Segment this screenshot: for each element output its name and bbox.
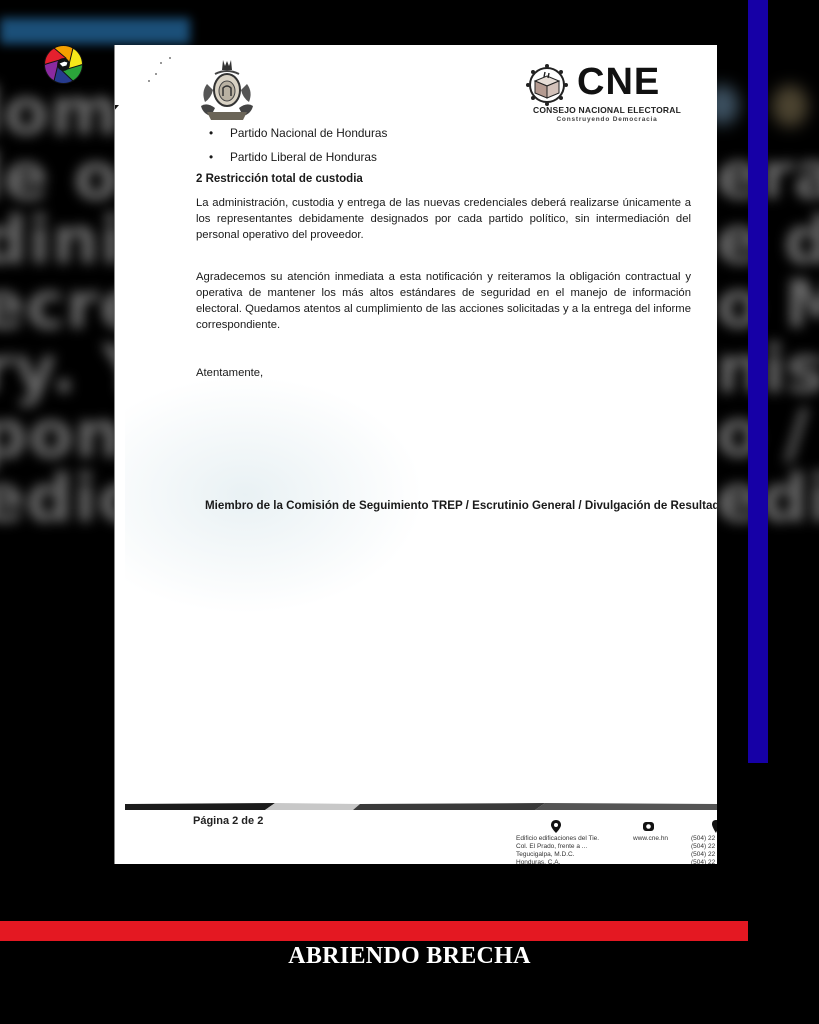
paragraph-custody: La administración, custodia y entrega de… — [196, 195, 691, 243]
section-title: 2 Restricción total de custodia — [196, 171, 691, 187]
accent-blue-bar — [748, 0, 768, 763]
paragraph-acknowledgement: Agradecemos su atención inmediata a esta… — [196, 269, 691, 333]
speckle — [155, 73, 157, 75]
web-icon — [643, 821, 654, 831]
scan-corner-mark — [114, 105, 119, 112]
document-page: CNE CONSEJO NACIONAL ELECTORAL Construye… — [114, 45, 717, 864]
ballot-box-icon — [523, 63, 573, 109]
footer-address: Edificio edificaciones del Tie. Col. El … — [516, 835, 606, 864]
cne-title: CNE — [577, 61, 660, 104]
cne-subtitle: CONSEJO NACIONAL ELECTORAL — [525, 105, 689, 115]
footer-phones: (504) 22 (504) 22 (504) 22 (504) 22 — [691, 835, 717, 864]
footer-stripe — [125, 803, 717, 810]
cne-logo: CNE CONSEJO NACIONAL ELECTORAL Construye… — [523, 63, 687, 127]
signature-line: Miembro de la Comisión de Seguimiento TR… — [205, 499, 717, 512]
speckle — [148, 80, 150, 82]
page-number: Página 2 de 2 — [193, 815, 263, 827]
honduras-coat-of-arms-icon — [197, 58, 257, 122]
document-body: Partido Nacional de Honduras Partido Lib… — [196, 123, 691, 381]
closing-salutation: Atentamente, — [196, 365, 691, 381]
paper-smudge — [125, 375, 425, 615]
speckle — [169, 57, 171, 59]
list-item: Partido Liberal de Honduras — [196, 147, 691, 171]
aperture-logo-icon — [44, 45, 83, 84]
footer-website: www.cne.hn — [633, 835, 693, 843]
phone-icon — [712, 820, 717, 833]
speckle — [160, 62, 162, 64]
party-list: Partido Nacional de Honduras Partido Lib… — [196, 123, 691, 171]
location-pin-icon — [551, 820, 561, 833]
list-item: Partido Nacional de Honduras — [196, 123, 691, 147]
brand-name: ABRIENDO BRECHA — [0, 943, 819, 970]
background-glow — [0, 18, 190, 44]
cne-tagline: Construyendo Democracia — [525, 116, 689, 123]
accent-red-bar — [0, 921, 748, 941]
